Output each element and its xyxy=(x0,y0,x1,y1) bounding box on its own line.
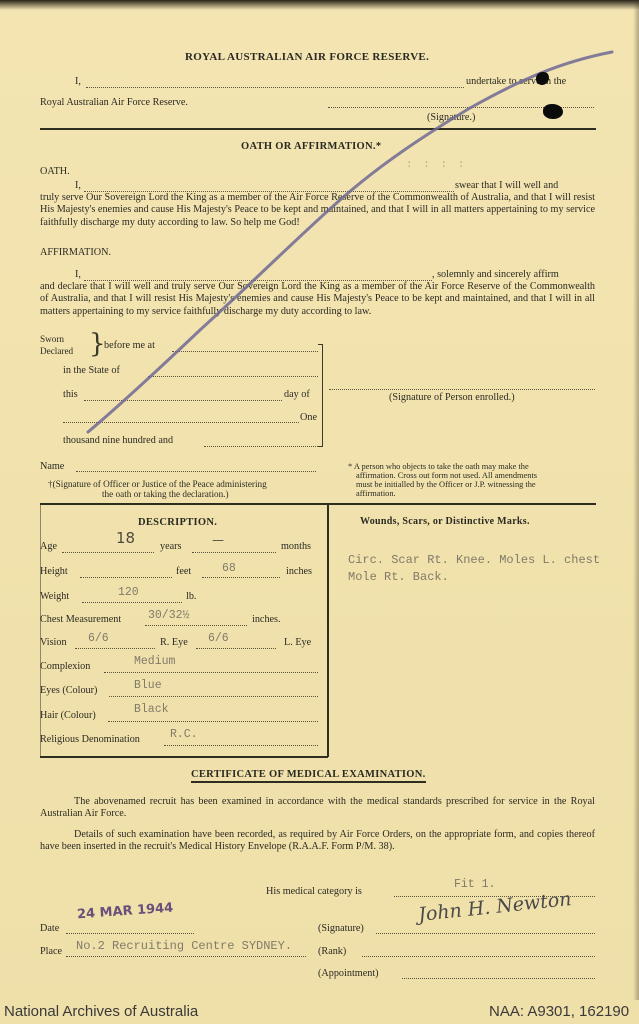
document-page: ROYAL AUSTRALIAN AIR FORCE RESERVE. I, u… xyxy=(0,0,639,1024)
faint-number-stamp: : : : : xyxy=(406,157,466,170)
footer-reference: NAA: A9301, 162190 xyxy=(489,1003,629,1020)
ink-blot-2 xyxy=(543,104,563,119)
footer-archive-name: National Archives of Australia xyxy=(4,1003,198,1020)
pen-strike-through xyxy=(0,0,639,1024)
